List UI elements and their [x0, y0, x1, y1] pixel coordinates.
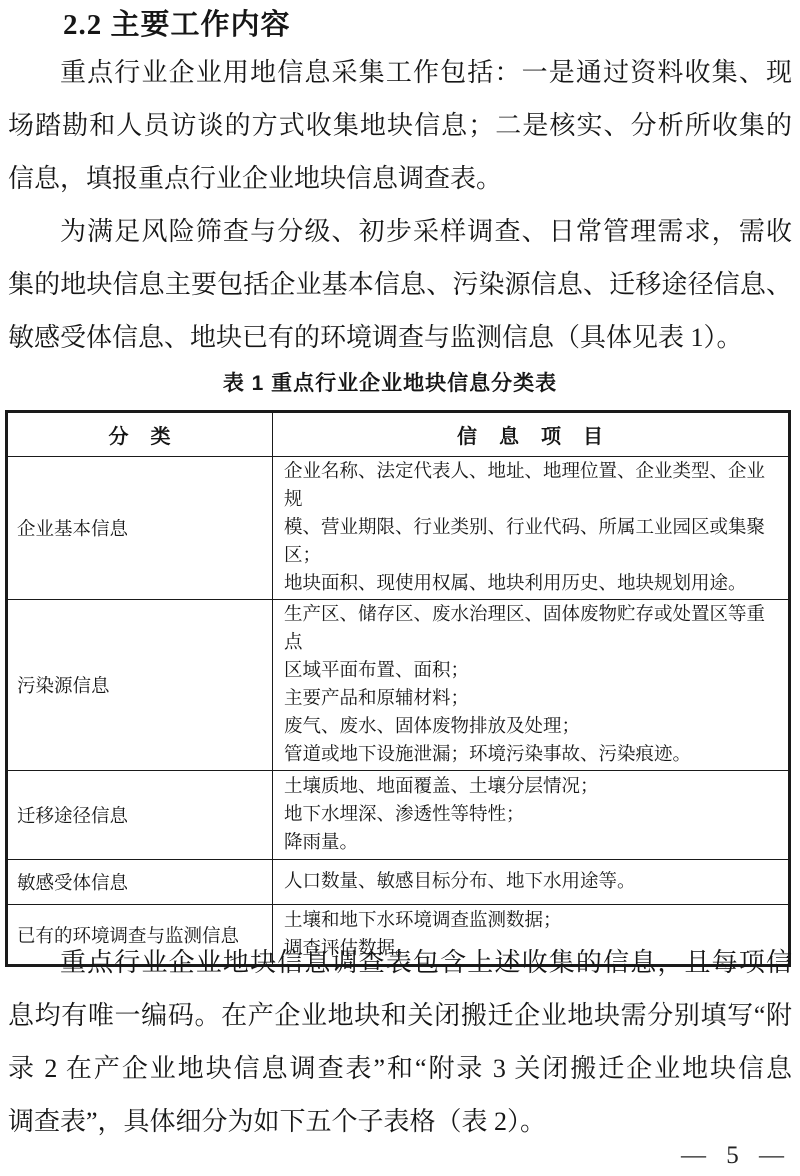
paragraph-line: 信息，填报重点行业企业地块信息调查表。 — [8, 152, 792, 205]
section-heading: 2.2 主要工作内容 — [8, 8, 792, 42]
item-line: 废气、废水、固体废物排放及处理； — [284, 713, 783, 741]
paragraph-line: 重点行业企业用地信息采集工作包括：一是通过资料收集、现 — [8, 46, 792, 99]
table-row: 敏感受体信息人口数量、敏感目标分布、地下水用途等。 — [7, 860, 790, 905]
paragraph-line: 为满足风险筛查与分级、初步采样调查、日常管理需求，需收 — [8, 205, 792, 258]
closing-paragraph: 重点行业企业地块信息调查表包含上述收集的信息，且每项信息均有唯一编码。在产企业地… — [8, 936, 792, 1148]
paragraph-intro: 重点行业企业用地信息采集工作包括：一是通过资料收集、现场踏勘和人员访谈的方式收集… — [8, 46, 792, 205]
paragraph-line: 重点行业企业地块信息调查表包含上述收集的信息，且每项信 — [8, 936, 792, 989]
document-page: 2.2 主要工作内容 重点行业企业用地信息采集工作包括：一是通过资料收集、现场踏… — [0, 0, 800, 1176]
items-cell: 土壤质地、地面覆盖、土壤分层情况；地下水埋深、渗透性等特性；降雨量。 — [273, 771, 790, 860]
column-header-items: 信 息 项 目 — [273, 412, 790, 457]
item-line: 模、营业期限、行业类别、行业代码、所属工业园区或集聚区； — [284, 514, 783, 570]
paragraph-line: 场踏勘和人员访谈的方式收集地块信息；二是核实、分析所收集的 — [8, 99, 792, 152]
category-cell: 迁移途径信息 — [7, 771, 273, 860]
item-line: 企业名称、法定代表人、地址、地理位置、企业类型、企业规 — [284, 458, 783, 514]
item-line: 管道或地下设施泄漏；环境污染事故、污染痕迹。 — [284, 741, 783, 769]
item-line: 降雨量。 — [284, 829, 783, 857]
paragraph-requirements: 为满足风险筛查与分级、初步采样调查、日常管理需求，需收集的地块信息主要包括企业基… — [8, 205, 792, 364]
page-number: — 5 — — [681, 1140, 784, 1172]
item-line: 地下水埋深、渗透性等特性； — [284, 801, 783, 829]
item-line: 土壤和地下水环境调查监测数据； — [284, 907, 783, 935]
paragraph-line: 调查表”，具体细分为如下五个子表格（表 2）。 — [8, 1095, 792, 1148]
column-header-category: 分 类 — [7, 412, 273, 457]
paragraph-line: 息均有唯一编码。在产企业地块和关闭搬迁企业地块需分别填写“附 — [8, 989, 792, 1042]
item-line: 土壤质地、地面覆盖、土壤分层情况； — [284, 773, 783, 801]
items-cell: 企业名称、法定代表人、地址、地理位置、企业类型、企业规模、营业期限、行业类别、行… — [273, 457, 790, 600]
item-line: 生产区、储存区、废水治理区、固体废物贮存或处置区等重点 — [284, 601, 783, 657]
table-caption: 表 1 重点行业企业地块信息分类表 — [0, 366, 780, 402]
item-line: 区域平面布置、面积； — [284, 657, 783, 685]
table-row: 污染源信息生产区、储存区、废水治理区、固体废物贮存或处置区等重点区域平面布置、面… — [7, 600, 790, 771]
paragraph-line: 集的地块信息主要包括企业基本信息、污染源信息、迁移途径信息、 — [8, 258, 792, 311]
table-row: 企业基本信息企业名称、法定代表人、地址、地理位置、企业类型、企业规模、营业期限、… — [7, 457, 790, 600]
item-line: 人口数量、敏感目标分布、地下水用途等。 — [284, 868, 783, 896]
paragraph-line: 录 2 在产企业地块信息调查表”和“附录 3 关闭搬迁企业地块信息 — [8, 1042, 792, 1095]
paragraph-line: 敏感受体信息、地块已有的环境调查与监测信息（具体见表 1）。 — [8, 311, 792, 364]
table-row: 迁移途径信息土壤质地、地面覆盖、土壤分层情况；地下水埋深、渗透性等特性；降雨量。 — [7, 771, 790, 860]
category-cell: 企业基本信息 — [7, 457, 273, 600]
category-cell: 敏感受体信息 — [7, 860, 273, 905]
items-cell: 生产区、储存区、废水治理区、固体废物贮存或处置区等重点区域平面布置、面积；主要产… — [273, 600, 790, 771]
item-line: 主要产品和原辅材料； — [284, 685, 783, 713]
info-classification-table: 分 类 信 息 项 目 企业基本信息企业名称、法定代表人、地址、地理位置、企业类… — [5, 410, 791, 967]
category-cell: 污染源信息 — [7, 600, 273, 771]
item-line: 地块面积、现使用权属、地块利用历史、地块规划用途。 — [284, 570, 783, 598]
items-cell: 人口数量、敏感目标分布、地下水用途等。 — [273, 860, 790, 905]
table-header-row: 分 类 信 息 项 目 — [7, 412, 790, 457]
